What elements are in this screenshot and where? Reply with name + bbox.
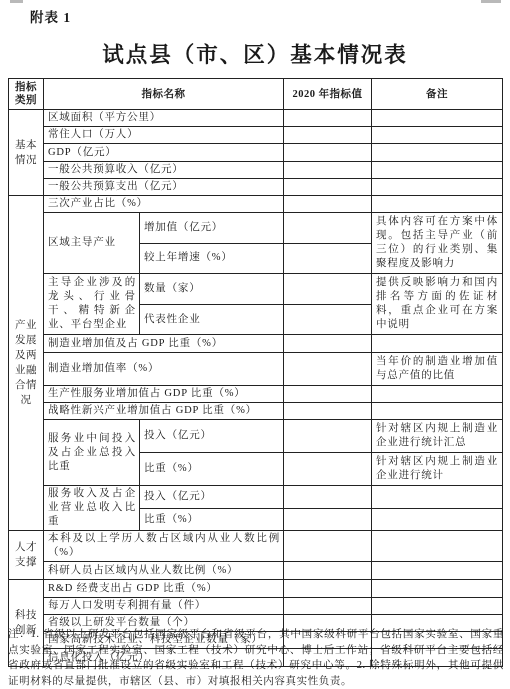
page-crop-mark-right: [481, 0, 501, 3]
remark-cell: [372, 179, 503, 196]
indicator-sub-cell: 较上年增速（%）: [140, 243, 284, 274]
value-2020-cell: [284, 486, 372, 509]
indicator-sub-cell: 比重（%）: [140, 453, 284, 486]
remark-cell: [372, 127, 503, 144]
indicator-name-cell: 常住人口（万人）: [44, 127, 284, 144]
indicator-sub-cell: 数量（家）: [140, 274, 284, 305]
indicator-group-cell: 服务业中间投入及占企业总投入比重: [44, 420, 140, 486]
indicator-name-cell: 战略性新兴产业增加值占 GDP 比重（%）: [44, 403, 284, 420]
header-remark: 备注: [372, 79, 503, 110]
remark-cell: [372, 486, 503, 509]
category-cell: 产业发展及两业融合情况: [9, 196, 44, 531]
value-2020-cell: [284, 403, 372, 420]
indicator-name-cell: 本科及以上学历人数占区域内从业人数比例（%）: [44, 531, 284, 562]
remark-cell: 针对辖区内规上制造业企业进行统计: [372, 453, 503, 486]
indicator-name-cell: 三次产业占比（%）: [44, 196, 284, 213]
remark-cell: 针对辖区内规上制造业企业进行统计汇总: [372, 420, 503, 453]
indicator-sub-cell: 投入（亿元）: [140, 420, 284, 453]
indicator-sub-cell: 增加值（亿元）: [140, 213, 284, 244]
indicator-sub-cell: 比重（%）: [140, 509, 284, 531]
basic-info-table: 指标类别 指标名称 2020 年指标值 备注 基本情况 区域面积（平方公里） 常…: [8, 78, 503, 667]
value-2020-cell: [284, 179, 372, 196]
indicator-name-cell: 一般公共预算收入（亿元）: [44, 162, 284, 179]
indicator-name-cell: R&D 经费支出占 GDP 比重（%）: [44, 580, 284, 598]
value-2020-cell: [284, 598, 372, 615]
value-2020-cell: [284, 274, 372, 305]
header-indicator-name: 指标名称: [44, 79, 284, 110]
appendix-label: 附表 1: [30, 6, 71, 26]
remark-cell: [372, 580, 503, 598]
remark-cell: 当年价的制造业增加值与总产值的比值: [372, 353, 503, 386]
indicator-group-cell: 主导企业涉及的龙头、行业骨干、精特新企业、平台型企业: [44, 274, 140, 335]
remark-cell: [372, 562, 503, 580]
table-notes: 注：1. 省级以上研发平台包括国家级平台和省级平台，其中国家级科研平台包括国家实…: [8, 627, 504, 689]
value-2020-cell: [284, 127, 372, 144]
value-2020-cell: [284, 562, 372, 580]
header-category: 指标类别: [9, 79, 44, 110]
value-2020-cell: [284, 335, 372, 353]
remark-cell: [372, 162, 503, 179]
value-2020-cell: [284, 509, 372, 531]
remark-cell: 具体内容可在方案中体现。包括主导产业（前三位）的行业类别、集聚程度及影响力: [372, 213, 503, 274]
value-2020-cell: [284, 110, 372, 127]
remark-cell: [372, 531, 503, 562]
indicator-group-cell: 区域主导产业: [44, 213, 140, 274]
remark-cell: [372, 335, 503, 353]
value-2020-cell: [284, 420, 372, 453]
remark-cell: [372, 598, 503, 615]
indicator-sub-cell: 投入（亿元）: [140, 486, 284, 509]
value-2020-cell: [284, 531, 372, 562]
indicator-name-cell: 区域面积（平方公里）: [44, 110, 284, 127]
value-2020-cell: [284, 243, 372, 274]
page-title: 试点县（市、区）基本情况表: [0, 38, 510, 69]
remark-cell: [372, 196, 503, 213]
indicator-name-cell: 一般公共预算支出（亿元）: [44, 179, 284, 196]
indicator-sub-cell: 代表性企业: [140, 305, 284, 335]
value-2020-cell: [284, 386, 372, 403]
value-2020-cell: [284, 305, 372, 335]
indicator-name-cell: 制造业增加值率（%）: [44, 353, 284, 386]
indicator-name-cell: 每万人口发明专利拥有量（件）: [44, 598, 284, 615]
remark-cell: 提供反映影响力和国内排名等方面的佐证材料，重点企业可在方案中说明: [372, 274, 503, 335]
value-2020-cell: [284, 353, 372, 386]
value-2020-cell: [284, 144, 372, 162]
header-value-2020: 2020 年指标值: [284, 79, 372, 110]
remark-cell: [372, 509, 503, 531]
value-2020-cell: [284, 453, 372, 486]
value-2020-cell: [284, 162, 372, 179]
value-2020-cell: [284, 580, 372, 598]
remark-cell: [372, 403, 503, 420]
indicator-group-cell: 服务收入及占企业营业总收入比重: [44, 486, 140, 531]
indicator-name-cell: 生产性服务业增加值占 GDP 比重（%）: [44, 386, 284, 403]
value-2020-cell: [284, 196, 372, 213]
indicator-name-cell: 制造业增加值及占 GDP 比重（%）: [44, 335, 284, 353]
remark-cell: [372, 386, 503, 403]
value-2020-cell: [284, 213, 372, 244]
page-crop-mark-left: [10, 0, 23, 3]
indicator-name-cell: GDP（亿元）: [44, 144, 284, 162]
category-cell: 人才支撑: [9, 531, 44, 580]
remark-cell: [372, 110, 503, 127]
indicator-name-cell: 科研人员占区域内从业人数比例（%）: [44, 562, 284, 580]
remark-cell: [372, 144, 503, 162]
category-cell: 基本情况: [9, 110, 44, 196]
